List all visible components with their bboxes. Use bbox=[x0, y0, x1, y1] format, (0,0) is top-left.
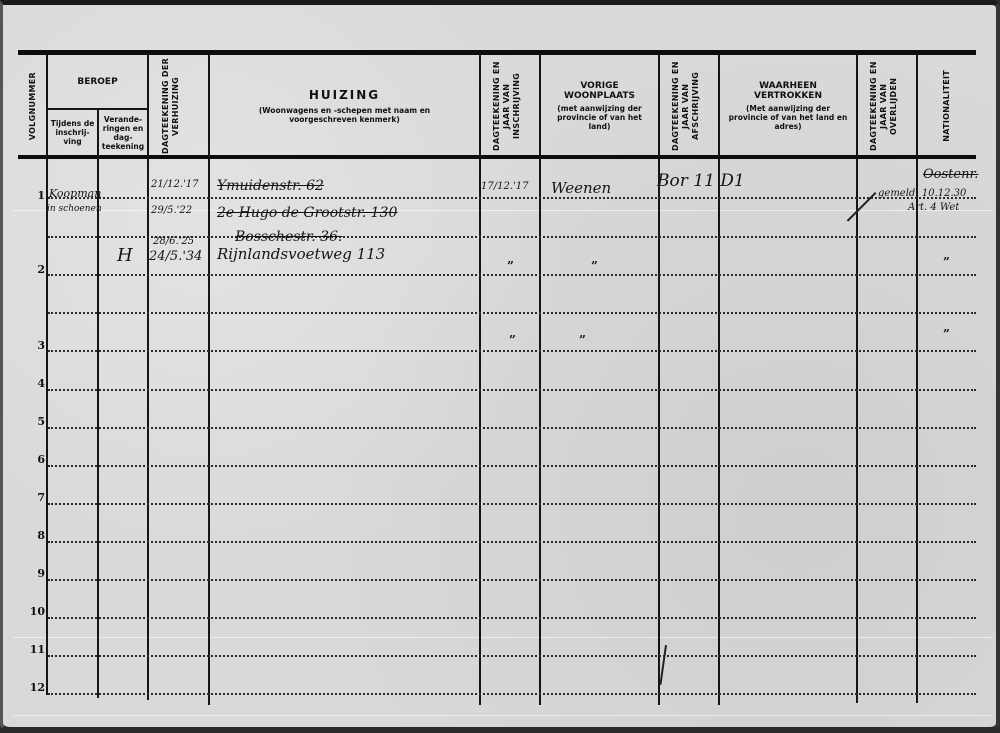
header-huizing: HUIZING (Woonwagens en -schepen met naam… bbox=[210, 57, 479, 155]
ditto-mark: ” bbox=[507, 259, 514, 273]
address-entry: Bosschestr. 36. bbox=[235, 229, 342, 245]
pen-stroke bbox=[659, 645, 666, 685]
address-entry: Rijnlandsvoetweg 113 bbox=[217, 245, 385, 263]
row-line bbox=[48, 312, 976, 314]
header-vorige-woonplaats-subtitle: (met aanwijzing der provincie of van het… bbox=[552, 104, 647, 131]
register-card: VOLGNUMMER BEROEP Tijdens de inschrij-vi… bbox=[0, 0, 1000, 733]
header-dagteekening-inschrijving-text: DAGTEEKENING EN JAAR VAN INSCHRIJVING bbox=[492, 57, 528, 155]
header-huizing-subtitle: (Woonwagens en -schepen met naam en voor… bbox=[235, 106, 455, 124]
row-number: 7 bbox=[25, 491, 45, 504]
row-number: 5 bbox=[25, 415, 45, 428]
afschrijving-entry: Bor 11 D1 bbox=[657, 171, 745, 191]
row-number: 3 bbox=[25, 339, 45, 352]
header-nationaliteit: NATIONALITEIT bbox=[918, 57, 976, 155]
row-line bbox=[48, 617, 976, 619]
beroep-entry: in schoenen bbox=[47, 204, 102, 214]
header-dagteekening-verhuizing: DAGTEEKENING DER VERHUIZING bbox=[149, 57, 208, 155]
header-beroep-tijdens-text: Tijdens de inschrij-ving bbox=[50, 119, 95, 146]
verhuizing-date: 21/12.'17 bbox=[151, 179, 198, 190]
paper-crease bbox=[13, 637, 993, 638]
header-nationaliteit-text: NATIONALITEIT bbox=[942, 70, 952, 142]
row-line bbox=[48, 465, 976, 467]
header-beroep-tijdens: Tijdens de inschrij-ving bbox=[48, 110, 97, 155]
row-number: 2 bbox=[25, 263, 45, 276]
row-line bbox=[48, 197, 976, 199]
header-vorige-woonplaats: VORIGE WOONPLAATS (met aanwijzing der pr… bbox=[541, 57, 658, 155]
header-beroep-veranderingen: Verande-ringen en dag-teekening bbox=[99, 110, 147, 155]
header-bottom-rule bbox=[18, 155, 976, 159]
header-waarheen-title: WAARHEEN VERTROKKEN bbox=[743, 81, 833, 101]
row-line bbox=[48, 655, 976, 657]
header-beroep-veranderingen-text: Verande-ringen en dag-teekening bbox=[101, 115, 145, 151]
row-line bbox=[48, 274, 976, 276]
row-line bbox=[48, 693, 976, 695]
header-dagteekening-verhuizing-text: DAGTEEKENING DER VERHUIZING bbox=[161, 57, 197, 155]
header-beroep-text: BEROEP bbox=[77, 77, 117, 87]
header-waarheen-subtitle: (Met aanwijzing der provincie of van het… bbox=[726, 104, 851, 131]
header-volgnummer: VOLGNUMMER bbox=[20, 57, 46, 155]
row-number: 4 bbox=[25, 377, 45, 390]
row-line bbox=[48, 541, 976, 543]
header-dagteekening-afschrijving: DAGTEEKENING EN JAAR VAN AFSCHRIJVING bbox=[660, 57, 718, 155]
inschrijving-date: 17/12.'17 bbox=[481, 181, 528, 192]
header-dagteekening-overlijden: DAGTEEKENING EN JAAR VAN OVERLIJDEN bbox=[858, 57, 916, 155]
beroep-change-mark: H bbox=[117, 245, 133, 266]
ditto-mark: ” bbox=[943, 255, 950, 269]
header-top-rule bbox=[18, 50, 976, 55]
row-number: 9 bbox=[25, 567, 45, 580]
header-dagteekening-overlijden-text: DAGTEEKENING EN JAAR VAN OVERLIJDEN bbox=[869, 57, 905, 155]
verhuizing-date: 28/6.'25 bbox=[153, 236, 194, 247]
row-number: 11 bbox=[25, 643, 45, 656]
header-vorige-woonplaats-title: VORIGE WOONPLAATS bbox=[560, 81, 640, 101]
header-huizing-title: HUIZING bbox=[309, 88, 380, 102]
row-line bbox=[48, 389, 976, 391]
verhuizing-date: 29/5.'22 bbox=[151, 205, 192, 216]
ditto-mark: ” bbox=[579, 333, 586, 347]
row-number: 6 bbox=[25, 453, 45, 466]
nationaliteit-note: gemeld: 10.12.30 bbox=[878, 188, 966, 199]
ditto-mark: ” bbox=[591, 259, 598, 273]
nationaliteit-note: Art. 4 Wet bbox=[908, 202, 959, 213]
header-waarheen: WAARHEEN VERTROKKEN (Met aanwijzing der … bbox=[720, 57, 856, 155]
header-dagteekening-afschrijving-text: DAGTEEKENING EN JAAR VAN AFSCHRIJVING bbox=[671, 57, 707, 155]
address-entry: Ymuidenstr. 62 bbox=[217, 178, 324, 194]
row-line bbox=[48, 579, 976, 581]
ditto-mark: ” bbox=[509, 333, 516, 347]
header-dagteekening-inschrijving: DAGTEEKENING EN JAAR VAN INSCHRIJVING bbox=[481, 57, 539, 155]
header-volgnummer-text: VOLGNUMMER bbox=[28, 72, 38, 140]
ditto-mark: ” bbox=[943, 327, 950, 341]
row-line bbox=[48, 503, 976, 505]
row-number: 10 bbox=[25, 605, 45, 618]
header-beroep: BEROEP bbox=[48, 57, 147, 107]
address-entry: 2e Hugo de Grootstr. 130 bbox=[217, 205, 397, 221]
vorige-woonplaats-entry: Weenen bbox=[551, 179, 611, 197]
row-line bbox=[48, 427, 976, 429]
beroep-entry: Koopman bbox=[49, 187, 101, 200]
verhuizing-date: 24/5.'34 bbox=[149, 249, 202, 264]
row-line bbox=[48, 350, 976, 352]
row-number: 1 bbox=[25, 189, 45, 202]
nationaliteit-entry: Oostenr. bbox=[923, 167, 978, 182]
row-number: 12 bbox=[25, 681, 45, 694]
paper-crease bbox=[13, 715, 993, 716]
row-number: 8 bbox=[25, 529, 45, 542]
